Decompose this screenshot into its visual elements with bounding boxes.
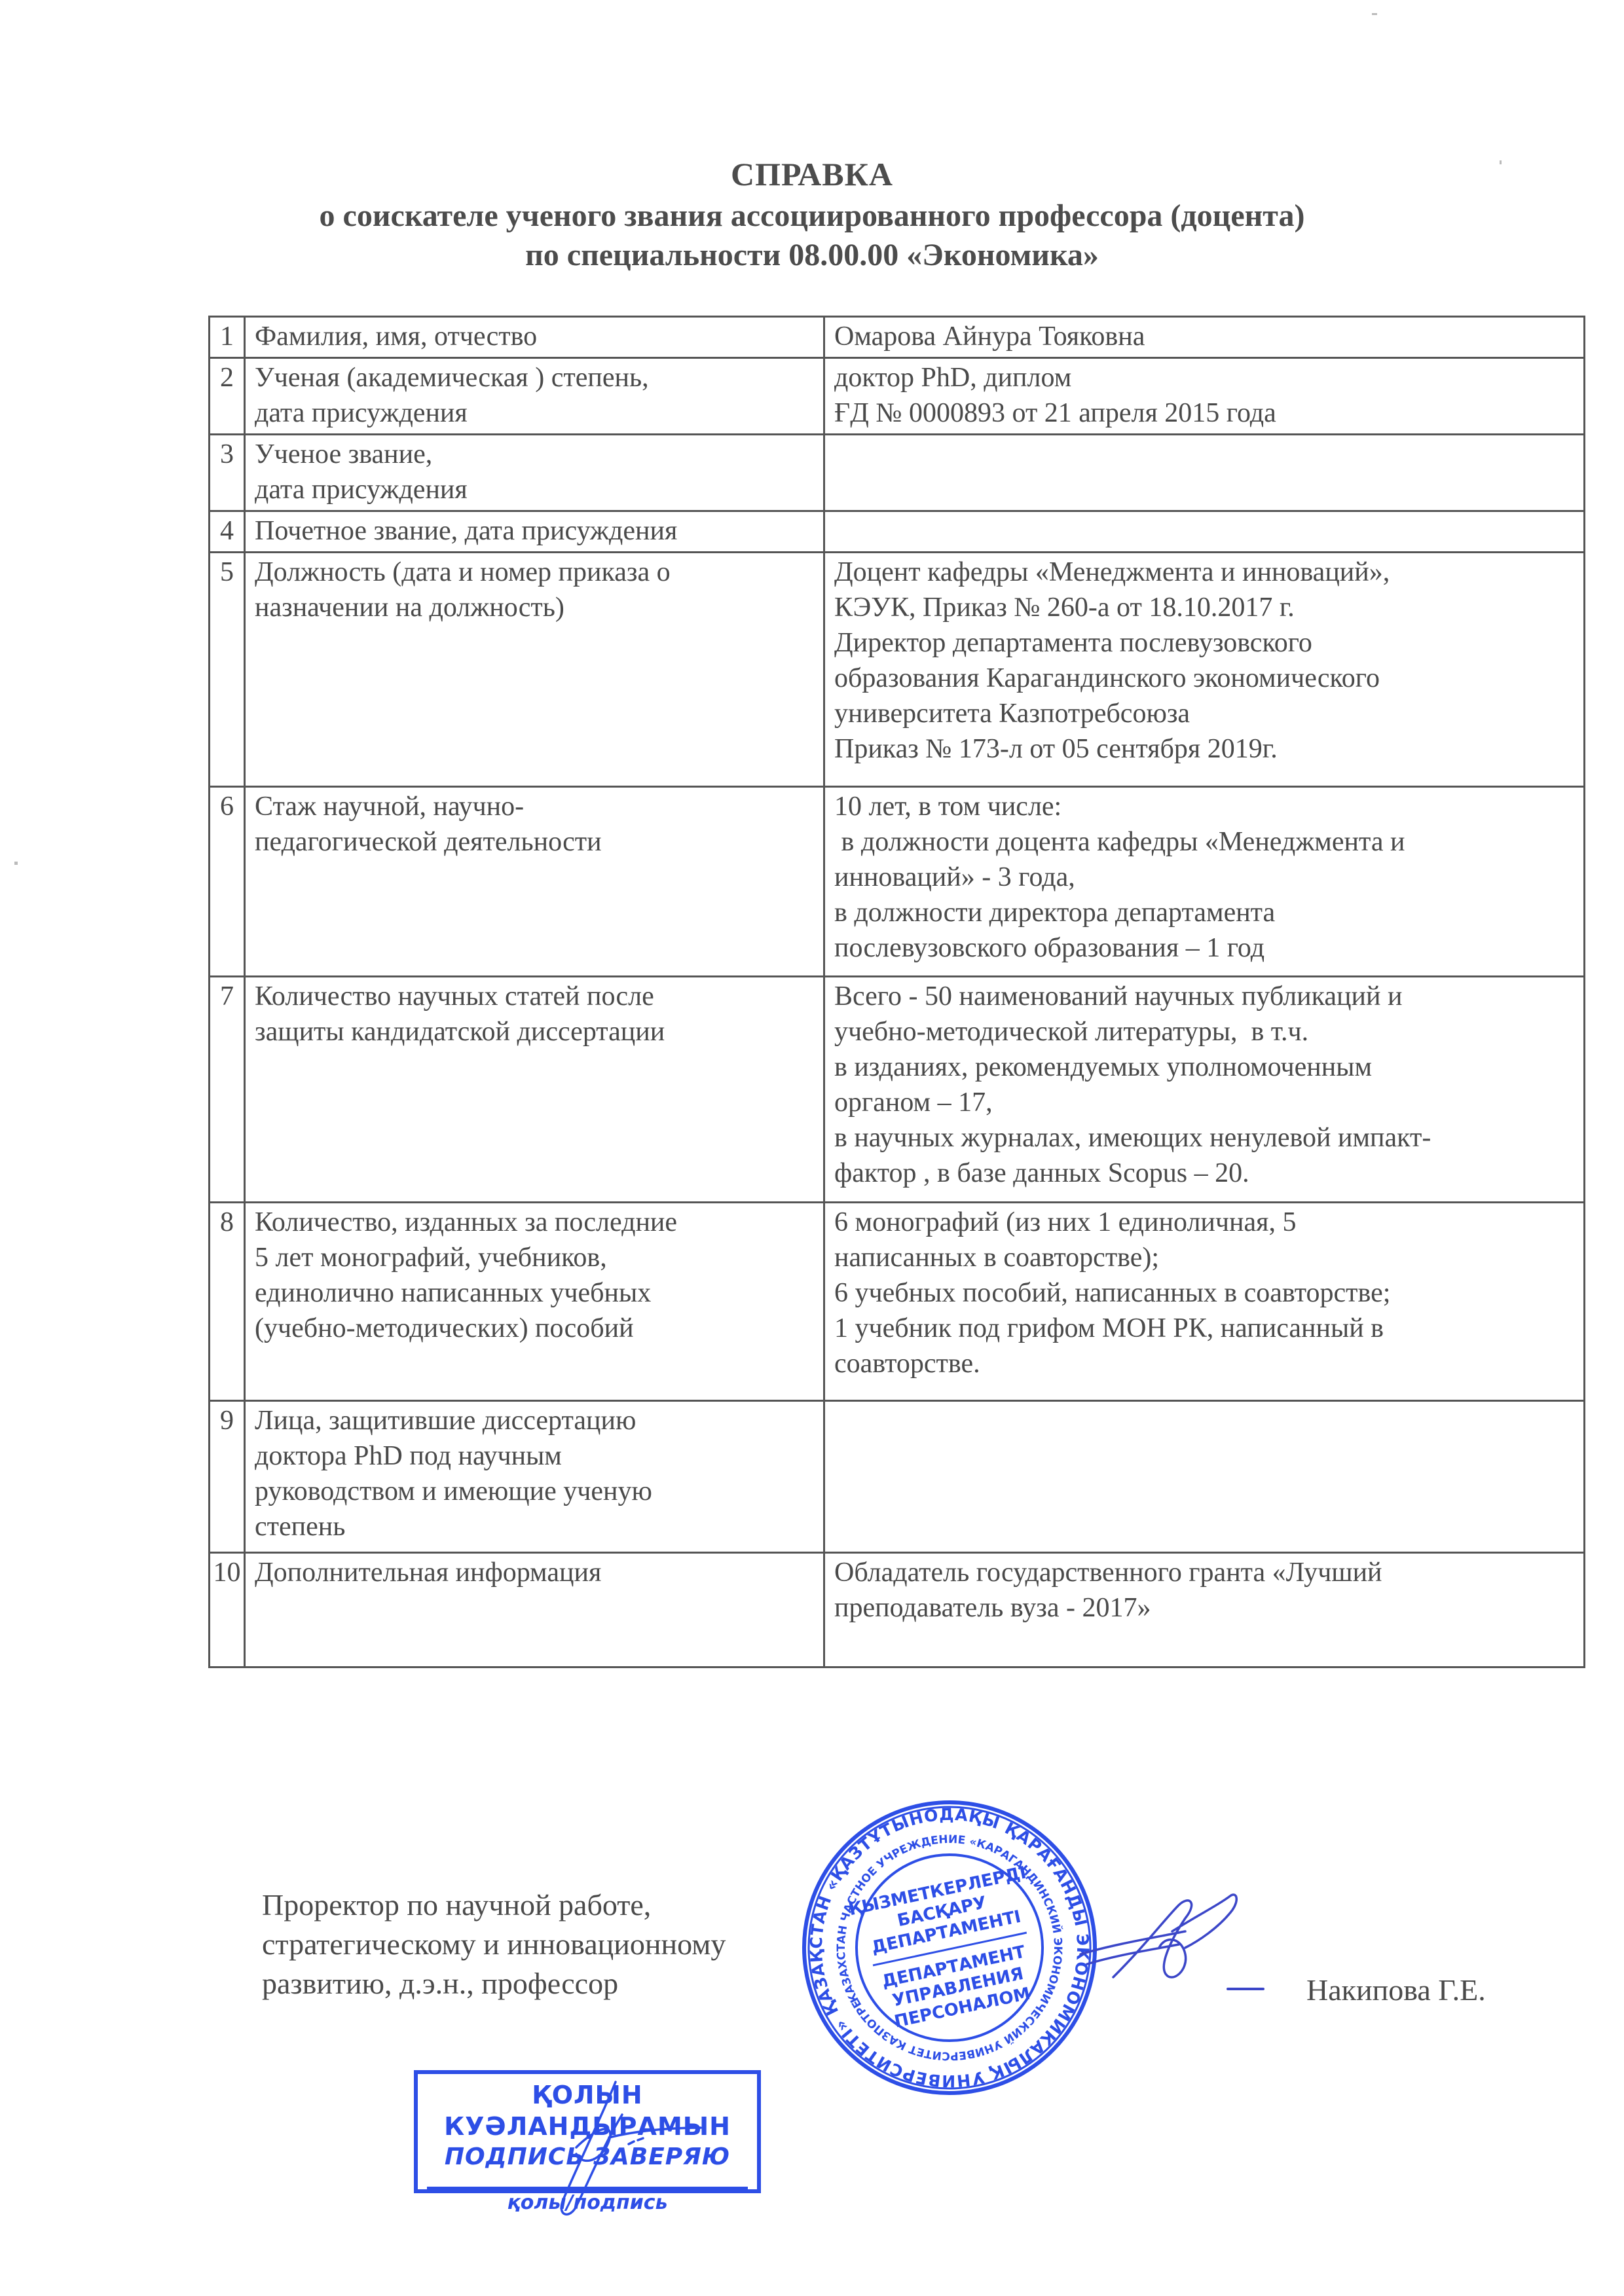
row-label: Фамилия, имя, отчество — [245, 317, 824, 358]
table-row: 5Должность (дата и номер приказа оназнач… — [210, 553, 1585, 787]
table-row: 4Почетное звание, дата присуждения — [210, 511, 1585, 553]
value-line: образования Карагандинского экономическо… — [834, 661, 1577, 696]
row-number: 7 — [210, 977, 245, 1203]
value-line: 1 учебник под грифом МОН РК, написанный … — [834, 1311, 1577, 1346]
row-value: Всего - 50 наименований научных публикац… — [824, 977, 1585, 1203]
row-number: 5 — [210, 553, 245, 787]
row-label: Лица, защитившие диссертациюдоктора PhD … — [245, 1401, 824, 1553]
signatory-position: Проректор по научной работе, стратегичес… — [262, 1886, 726, 2003]
label-line: Лица, защитившие диссертацию — [255, 1403, 817, 1438]
row-value: 10 лет, в том числе: в должности доцента… — [824, 787, 1585, 977]
row-value — [824, 511, 1585, 553]
verification-signature-icon — [537, 2075, 707, 2226]
row-label: Почетное звание, дата присуждения — [245, 511, 824, 553]
table-row: 2Ученая (академическая ) степень,дата пр… — [210, 358, 1585, 435]
position-line-2: стратегическому и инновационному — [262, 1925, 726, 1964]
label-line: педагогической деятельности — [255, 824, 817, 860]
position-line-1: Проректор по научной работе, — [262, 1886, 726, 1925]
row-number: 3 — [210, 435, 245, 511]
value-line: в должности директора департамента — [834, 895, 1577, 930]
value-line: Доцент кафедры «Менеджмента и инноваций»… — [834, 555, 1577, 590]
row-value: 6 монографий (из них 1 единоличная, 5нап… — [824, 1203, 1585, 1401]
value-line: учебно-методической литературы, в т.ч. — [834, 1014, 1577, 1049]
document-title: СПРАВКА — [0, 152, 1624, 196]
value-line: органом – 17, — [834, 1085, 1577, 1120]
value-line: доктор PhD, диплом — [834, 360, 1577, 395]
svg-text:КАЗАХСТАН ЧАСТНОЕ УЧРЕЖДЕНИЕ «: КАЗАХСТАН ЧАСТНОЕ УЧРЕЖДЕНИЕ «КАРАГАНДИН… — [799, 1797, 1100, 2098]
label-line: доктора PhD под научным — [255, 1438, 817, 1474]
value-line: ҒД № 0000893 от 21 апреля 2015 года — [834, 395, 1577, 431]
table-row: 10Дополнительная информацияОбладатель го… — [210, 1553, 1585, 1667]
label-line: Почетное звание, дата присуждения — [255, 513, 817, 549]
value-line: 6 учебных пособий, написанных в соавторс… — [834, 1275, 1577, 1311]
signature-dash — [1227, 1988, 1264, 1990]
value-line: написанных в соавторстве); — [834, 1240, 1577, 1275]
row-value: Омарова Айнура Тояковна — [824, 317, 1585, 358]
row-value: доктор PhD, дипломҒД № 0000893 от 21 апр… — [824, 358, 1585, 435]
signatory-name: Накипова Г.Е. — [1306, 1971, 1486, 2010]
document-header: СПРАВКА о соискателе ученого звания ассо… — [0, 152, 1624, 275]
info-table: 1Фамилия, имя, отчествоОмарова Айнура То… — [208, 316, 1585, 1668]
row-label: Ученое звание,дата присуждения — [245, 435, 824, 511]
label-line: назначении на должность) — [255, 590, 817, 625]
value-line: в научных журналах, имеющих ненулевой им… — [834, 1120, 1577, 1156]
row-number: 2 — [210, 358, 245, 435]
label-line: Фамилия, имя, отчество — [255, 319, 817, 354]
seal-inner-ring-text: КАЗАХСТАН ЧАСТНОЕ УЧРЕЖДЕНИЕ «КАРАГАНДИН… — [799, 1797, 1100, 2098]
label-line: руководством и имеющие ученую — [255, 1474, 817, 1509]
scan-speck — [1372, 13, 1377, 15]
label-line: степень — [255, 1509, 817, 1544]
label-line: Ученое звание, — [255, 437, 817, 472]
candidate-info-table: 1Фамилия, имя, отчествоОмарова Айнура То… — [208, 316, 1583, 1668]
label-line: (учебно-методических) пособий — [255, 1311, 817, 1346]
document-subtitle-line2: по специальности 08.00.00 «Экономика» — [0, 236, 1624, 275]
value-line: Омарова Айнура Тояковна — [834, 319, 1577, 354]
table-row: 6Стаж научной, научно-педагогической дея… — [210, 787, 1585, 977]
document-subtitle-line1: о соискателе ученого звания ассоциирован… — [0, 196, 1624, 236]
value-line: КЭУК, Приказ № 260-а от 18.10.2017 г. — [834, 590, 1577, 625]
value-line: Приказ № 173-л от 05 сентября 2019г. — [834, 731, 1577, 767]
scan-speck — [1500, 160, 1502, 164]
row-value — [824, 435, 1585, 511]
value-line: соавторстве. — [834, 1346, 1577, 1381]
row-label: Количество научных статей послезащиты ка… — [245, 977, 824, 1203]
value-line: Всего - 50 наименований научных публикац… — [834, 979, 1577, 1014]
table-row: 1Фамилия, имя, отчествоОмарова Айнура То… — [210, 317, 1585, 358]
handwritten-signature-icon — [1074, 1892, 1244, 1990]
scan-speck — [14, 862, 18, 865]
value-line: 6 монографий (из них 1 единоличная, 5 — [834, 1205, 1577, 1240]
value-line: Директор департамента послевузовского — [834, 625, 1577, 661]
row-label: Стаж научной, научно-педагогической деят… — [245, 787, 824, 977]
row-number: 6 — [210, 787, 245, 977]
label-line: дата присуждения — [255, 395, 817, 431]
label-line: Ученая (академическая ) степень, — [255, 360, 817, 395]
value-line: 10 лет, в том числе: — [834, 789, 1577, 824]
row-label: Должность (дата и номер приказа оназначе… — [245, 553, 824, 787]
value-line: инноваций» - 3 года, — [834, 860, 1577, 895]
value-line: преподаватель вуза - 2017» — [834, 1590, 1577, 1626]
value-line: послевузовского образования – 1 год — [834, 930, 1577, 966]
table-row: 9Лица, защитившие диссертациюдоктора PhD… — [210, 1401, 1585, 1553]
label-line: Количество, изданных за последние — [255, 1205, 817, 1240]
round-seal-icon: ҚАЗАҚСТАН «ҚАЗТҰТЫНОДАҚЫ ҚАРАҒАНДЫ ЭКОНО… — [799, 1797, 1100, 2098]
row-value: Доцент кафедры «Менеджмента и инноваций»… — [824, 553, 1585, 787]
row-label: Ученая (академическая ) степень,дата при… — [245, 358, 824, 435]
value-line: Обладатель государственного гранта «Лучш… — [834, 1555, 1577, 1590]
table-row: 3Ученое звание,дата присуждения — [210, 435, 1585, 511]
value-line: в изданиях, рекомендуемых уполномоченным — [834, 1049, 1577, 1085]
label-line: Должность (дата и номер приказа о — [255, 555, 817, 590]
table-row: 8Количество, изданных за последние5 лет … — [210, 1203, 1585, 1401]
label-line: 5 лет монографий, учебников, — [255, 1240, 817, 1275]
label-line: защиты кандидатской диссертации — [255, 1014, 817, 1049]
row-number: 1 — [210, 317, 245, 358]
row-label: Количество, изданных за последние5 лет м… — [245, 1203, 824, 1401]
table-row: 7Количество научных статей послезащиты к… — [210, 977, 1585, 1203]
label-line: единолично написанных учебных — [255, 1275, 817, 1311]
value-line: в должности доцента кафедры «Менеджмента… — [834, 824, 1577, 860]
row-number: 8 — [210, 1203, 245, 1401]
row-number: 10 — [210, 1553, 245, 1667]
row-label: Дополнительная информация — [245, 1553, 824, 1667]
row-number: 9 — [210, 1401, 245, 1553]
label-line: Стаж научной, научно- — [255, 789, 817, 824]
label-line: Количество научных статей после — [255, 979, 817, 1014]
row-value — [824, 1401, 1585, 1553]
value-line: фактор , в базе данных Scopus – 20. — [834, 1156, 1577, 1191]
label-line: дата присуждения — [255, 472, 817, 507]
value-line: университета Казпотребсоюза — [834, 696, 1577, 731]
position-line-3: развитию, д.э.н., профессор — [262, 1964, 726, 2003]
row-value: Обладатель государственного гранта «Лучш… — [824, 1553, 1585, 1667]
row-number: 4 — [210, 511, 245, 553]
label-line: Дополнительная информация — [255, 1555, 817, 1590]
